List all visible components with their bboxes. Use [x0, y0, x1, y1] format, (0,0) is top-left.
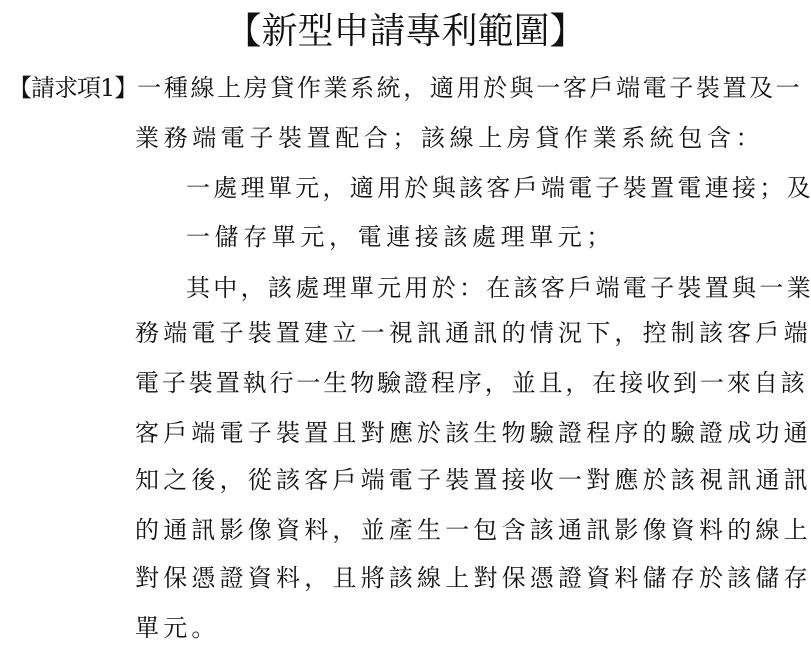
claim-first-line: 【請求項1】一種線上房貸作業系統，適用於與一客戶端電子裝置及一: [8, 73, 802, 103]
claim-text-line: 一種線上房貸作業系統，適用於與一客戶端電子裝置及一: [137, 74, 802, 102]
claim-text-line: 的通訊影像資料，並產生一包含該通訊影像資料的線上: [135, 515, 811, 545]
claim-text-line: 一處理單元，適用於與該客戶端電子裝置電連接；及: [186, 173, 811, 203]
claim-text-line: 電子裝置執行一生物驗證程序，並且，在接收到一來自該: [135, 368, 808, 398]
claim-text-line: 單元。: [135, 613, 220, 643]
claim-text-line: 客戶端電子裝置且對應於該生物驗證程序的驗證成功通: [135, 418, 811, 448]
claim-text-line: 知之後，從該客戶端電子裝置接收一對應於該視訊通訊: [135, 465, 811, 495]
claim-text-line: 業務端電子裝置配合；該線上房貸作業系統包含：: [135, 123, 764, 153]
claim-text-line: 一儲存單元，電連接該處理單元；: [186, 222, 615, 252]
claim-label: 【請求項1】: [8, 74, 137, 102]
claim-text-line: 其中，該處理單元用於：在該客戶端電子裝置與一業: [186, 273, 811, 303]
claim-text-line: 務端電子裝置建立一視訊通訊的情況下，控制該客戶端: [135, 318, 811, 348]
claim-text-line: 對保憑證資料，且將該線上對保憑證資料儲存於該儲存: [135, 563, 811, 593]
document-title: 【新型申請專利範圍】: [0, 8, 811, 56]
